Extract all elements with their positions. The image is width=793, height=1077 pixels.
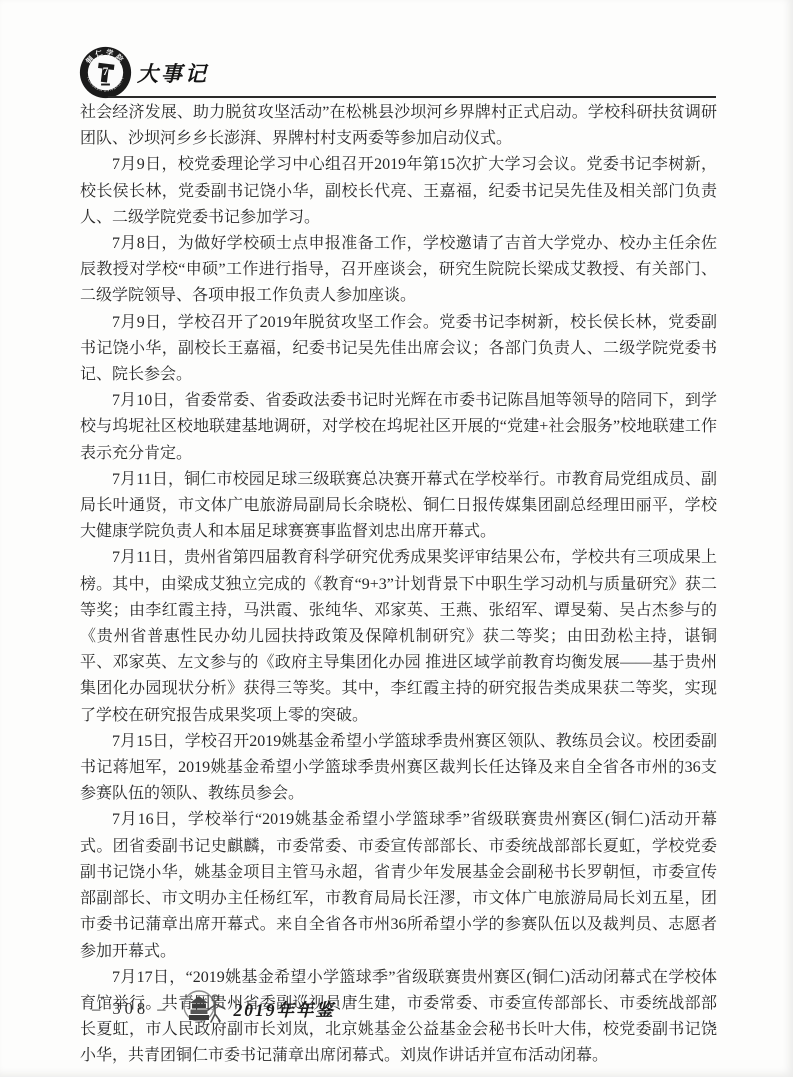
body-paragraphs: 社会经济发展、助力脱贫攻坚活动”在松桃县沙坝河乡界牌村正式启动。学校科研扶贫调研… — [80, 100, 717, 1070]
page-number: – 308 – — [92, 999, 170, 1019]
paragraph: 7月9日，学校召开了2019年脱贫攻坚工作会。党委书记李树新，校长侯长林，党委副… — [80, 310, 717, 389]
paragraph: 7月15日，学校召开2019姚基金希望小学篮球季贵州赛区领队、教练员会议。校团委… — [80, 729, 717, 808]
header-divider — [108, 96, 716, 98]
page-footer: – 308 – 2019年年鉴 — [92, 986, 335, 1032]
yearbook-title: 2019年年鉴 — [234, 997, 336, 1022]
paragraph: 7月10日，省委常委、省委政法委书记时光辉在市委书记陈昌旭等领导的陪同下，到学校… — [80, 388, 717, 467]
paragraph: 7月16日，学校举行“2019姚基金希望小学篮球季”省级联赛贵州赛区(铜仁)活动… — [80, 807, 717, 964]
page-header: 铜仁学院 TONGREN UNIVERSITY 7 大事记 — [0, 0, 793, 100]
paragraph: 7月11日，贵州省第四届教育科学研究优秀成果奖评审结果公布，学校共有三项成果上榜… — [80, 545, 717, 728]
paragraph: 7月9日，校党委理论学习中心组召开2019年第15次扩大学习会议。党委书记李树新… — [80, 152, 717, 231]
paragraph: 社会经济发展、助力脱贫攻坚活动”在松桃县沙坝河乡界牌村正式启动。学校科研扶贫调研… — [80, 100, 717, 152]
tongren-university-seal-icon: 铜仁学院 TONGREN UNIVERSITY 7 — [79, 46, 132, 99]
paragraph: 7月11日，铜仁市校园足球三级联赛总决赛开幕式在学校举行。市教育局党组成员、副局… — [80, 467, 717, 546]
yearbook-logo-icon — [182, 988, 226, 1030]
yearbook-page: 铜仁学院 TONGREN UNIVERSITY 7 大事记 社会经济发展、助力脱… — [0, 0, 793, 1077]
section-title: 大事记 — [137, 58, 209, 88]
paragraph: 7月8日，为做好学校硕士点申报准备工作，学校邀请了吉首大学党办、校办主任余佐辰教… — [80, 231, 717, 310]
seal-center-glyph: 7 — [103, 66, 109, 78]
